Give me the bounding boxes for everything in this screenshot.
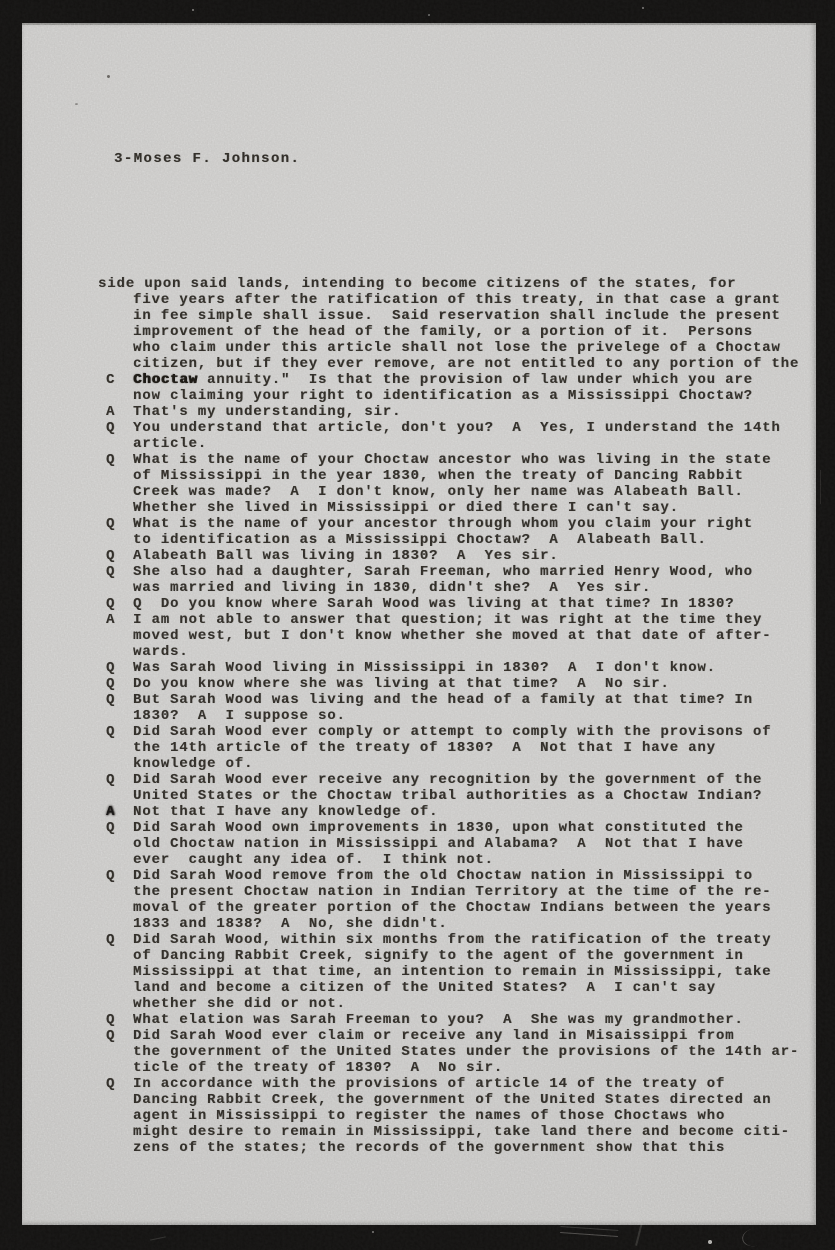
paper-sheet: 3-Moses F. Johnson. side upon said lands… (22, 23, 816, 1225)
line-text: United States or the Choctaw tribal auth… (133, 788, 762, 804)
speaker-marker: Q (106, 692, 115, 708)
speaker-marker: Q (106, 1012, 115, 1028)
line-text: was married and living in 1830, didn't s… (133, 580, 651, 596)
line-text: What is the name of your ancestor throug… (133, 516, 753, 532)
scan-scratch (635, 1222, 643, 1246)
transcript-line: 1833 and 1838? A No, she didn't. (98, 916, 799, 932)
line-text: 1830? A I suppose so. (133, 708, 346, 724)
transcript-line: CChoctaw annuity." Is that the provision… (98, 372, 799, 388)
transcript-line: QAlabeath Ball was living in 1830? A Yes… (98, 548, 799, 564)
line-text: the government of the United States unde… (133, 1044, 799, 1060)
line-text: whether she did or not. (133, 996, 346, 1012)
scan-scratch (740, 1225, 770, 1248)
transcript-line: ANot that I have any knowledge of. (98, 804, 799, 820)
line-text: who claim under this article shall not l… (133, 340, 781, 356)
speaker-marker: Q (106, 660, 115, 676)
overstruck-word: Choctaw (133, 372, 198, 388)
speaker-marker: A (106, 612, 115, 628)
transcript-line: ever caught any idea of. I think not. (98, 852, 799, 868)
line-text: to identification as a Mississippi Choct… (133, 532, 707, 548)
line-text: I am not able to answer that question; i… (133, 612, 762, 628)
line-text: of Mississippi in the year 1830, when th… (133, 468, 744, 484)
speaker-marker: Q (106, 420, 115, 436)
line-text: citizen, but if they ever remove, are no… (133, 356, 799, 372)
line-text: might desire to remain in Mississippi, t… (133, 1124, 790, 1140)
scan-scratch (150, 1236, 166, 1240)
line-text: knowledge of. (133, 756, 253, 772)
line-text: agent in Mississippi to register the nam… (133, 1108, 725, 1124)
speaker-marker: Q (106, 868, 115, 884)
line-text: Did Sarah Wood, within six months from t… (133, 932, 771, 948)
ink-speck (107, 75, 110, 78)
line-text: Choctaw annuity." Is that the provision … (133, 372, 753, 388)
transcript-line: in fee simple shall issue. Said reservat… (98, 308, 799, 324)
line-text: article. (133, 436, 207, 452)
line-text: ever caught any idea of. I think not. (133, 852, 494, 868)
line-text: Creek was made? A I don't know, only her… (133, 484, 744, 500)
speaker-marker: Q (106, 516, 115, 532)
transcript-line: was married and living in 1830, didn't s… (98, 580, 799, 596)
transcript-line: QDo you know where she was living at tha… (98, 676, 799, 692)
transcript-line: whether she did or not. (98, 996, 799, 1012)
transcript-line: Creek was made? A I don't know, only her… (98, 484, 799, 500)
transcript-line: QWhat is the name of your Choctaw ancest… (98, 452, 799, 468)
transcript-line: QWas Sarah Wood living in Mississippi in… (98, 660, 799, 676)
line-text: But Sarah Wood was living and the head o… (133, 692, 753, 708)
line-text: Was Sarah Wood living in Mississippi in … (133, 660, 716, 676)
transcript-line: QDid Sarah Wood, within six months from … (98, 932, 799, 948)
dust-speck (428, 14, 430, 16)
transcript-line: AThat's my understanding, sir. (98, 404, 799, 420)
transcript-line: QWhat is the name of your ancestor throu… (98, 516, 799, 532)
transcript-line: now claiming your right to identificatio… (98, 388, 799, 404)
transcript-line: QShe also had a daughter, Sarah Freeman,… (98, 564, 799, 580)
line-text: moval of the greater portion of the Choc… (133, 900, 771, 916)
speaker-marker: Q (106, 724, 115, 740)
scan-scratch (560, 1232, 618, 1237)
transcript-line: article. (98, 436, 799, 452)
transcript-line: QDid Sarah Wood own improvements in 1830… (98, 820, 799, 836)
transcript-line: improvement of the head of the family, o… (98, 324, 799, 340)
scan-scratch (820, 470, 821, 504)
speaker-marker: Q (106, 564, 115, 580)
speaker-marker: Q (106, 1076, 115, 1092)
speaker-marker: A (106, 404, 115, 420)
line-text: of Dancing Rabbit Creek, signify to the … (133, 948, 744, 964)
transcript-line: Whether she lived in Mississippi or died… (98, 500, 799, 516)
transcript-line: QDid Sarah Wood remove from the old Choc… (98, 868, 799, 884)
line-text: Did Sarah Wood ever claim or receive any… (133, 1028, 734, 1044)
dust-speck (642, 7, 644, 9)
transcript-line: Dancing Rabbit Creek, the government of … (98, 1092, 799, 1108)
speaker-marker: Q (106, 676, 115, 692)
transcript-line: land and become a citizen of the United … (98, 980, 799, 996)
transcript-line: the government of the United States unde… (98, 1044, 799, 1060)
line-text: Did Sarah Wood remove from the old Choct… (133, 868, 753, 884)
transcript-line: wards. (98, 644, 799, 660)
speaker-marker: Q (106, 820, 115, 836)
line-text: What is the name of your Choctaw ancesto… (133, 452, 771, 468)
line-text: Did Sarah Wood ever receive any recognit… (133, 772, 762, 788)
transcript-line: United States or the Choctaw tribal auth… (98, 788, 799, 804)
transcript-line: zens of the states; the records of the g… (98, 1140, 799, 1156)
transcript-line: 1830? A I suppose so. (98, 708, 799, 724)
line-text: side upon said lands, intending to becom… (98, 276, 736, 292)
line-text: Whether she lived in Mississippi or died… (133, 500, 679, 516)
transcript-line: might desire to remain in Mississippi, t… (98, 1124, 799, 1140)
transcript-line: QDid Sarah Wood ever receive any recogni… (98, 772, 799, 788)
line-text: the present Choctaw nation in Indian Ter… (133, 884, 771, 900)
line-text: Did Sarah Wood own improvements in 1830,… (133, 820, 744, 836)
transcript-line: QWhat elation was Sarah Freeman to you? … (98, 1012, 799, 1028)
line-text: improvement of the head of the family, o… (133, 324, 753, 340)
line-text: Alabeath Ball was living in 1830? A Yes … (133, 548, 559, 564)
transcript-line: of Mississippi in the year 1830, when th… (98, 468, 799, 484)
line-text: 1833 and 1838? A No, she didn't. (133, 916, 448, 932)
transcript-line: to identification as a Mississippi Choct… (98, 532, 799, 548)
line-text: You understand that article, don't you? … (133, 420, 781, 436)
speaker-marker: Q (106, 932, 115, 948)
transcript-line: agent in Mississippi to register the nam… (98, 1108, 799, 1124)
transcript-line: of Dancing Rabbit Creek, signify to the … (98, 948, 799, 964)
page-header-caption: 3-Moses F. Johnson. (114, 151, 300, 167)
transcript-line: moved west, but I don't know whether she… (98, 628, 799, 644)
transcript-line: QIn accordance with the provisions of ar… (98, 1076, 799, 1092)
transcript-line: moval of the greater portion of the Choc… (98, 900, 799, 916)
line-text: moved west, but I don't know whether she… (133, 628, 771, 644)
line-text: five years after the ratification of thi… (133, 292, 781, 308)
line-text: land and become a citizen of the United … (133, 980, 716, 996)
transcript-line: old Choctaw nation in Mississippi and Al… (98, 836, 799, 852)
speaker-marker: Q (106, 452, 115, 468)
line-text: She also had a daughter, Sarah Freeman, … (133, 564, 753, 580)
line-text: Dancing Rabbit Creek, the government of … (133, 1092, 771, 1108)
line-text: What elation was Sarah Freeman to you? A… (133, 1012, 744, 1028)
line-text: Do you know where she was living at that… (133, 676, 670, 692)
line-text: Q Do you know where Sarah Wood was livin… (133, 596, 734, 612)
transcript-line: knowledge of. (98, 756, 799, 772)
transcript-line: QBut Sarah Wood was living and the head … (98, 692, 799, 708)
transcript-line: citizen, but if they ever remove, are no… (98, 356, 799, 372)
line-text: old Choctaw nation in Mississippi and Al… (133, 836, 744, 852)
line-text: Not that I have any knowledge of. (133, 804, 438, 820)
transcript-line: the 14th article of the treaty of 1830? … (98, 740, 799, 756)
transcript-line: QDid Sarah Wood ever comply or attempt t… (98, 724, 799, 740)
transcript-line: QDid Sarah Wood ever claim or receive an… (98, 1028, 799, 1044)
transcript-line: QYou understand that article, don't you?… (98, 420, 799, 436)
transcript: side upon said lands, intending to becom… (98, 276, 799, 1156)
scanned-document-page: 3-Moses F. Johnson. side upon said lands… (0, 0, 835, 1250)
dust-speck (372, 1231, 374, 1233)
speaker-marker: A (106, 804, 115, 820)
line-text: In accordance with the provisions of art… (133, 1076, 725, 1092)
line-text: ticle of the treaty of 1830? A No sir. (133, 1060, 503, 1076)
transcript-line: ticle of the treaty of 1830? A No sir. (98, 1060, 799, 1076)
transcript-line: QQ Do you know where Sarah Wood was livi… (98, 596, 799, 612)
line-text: wards. (133, 644, 189, 660)
transcript-line: AI am not able to answer that question; … (98, 612, 799, 628)
line-text: That's my understanding, sir. (133, 404, 401, 420)
speaker-marker: Q (106, 1028, 115, 1044)
line-text: in fee simple shall issue. Said reservat… (133, 308, 781, 324)
speaker-marker: C (106, 372, 115, 388)
transcript-line: the present Choctaw nation in Indian Ter… (98, 884, 799, 900)
transcript-line: who claim under this article shall not l… (98, 340, 799, 356)
line-text: Mississippi at that time, an intention t… (133, 964, 771, 980)
line-text: zens of the states; the records of the g… (133, 1140, 725, 1156)
speaker-marker: Q (106, 596, 115, 612)
dust-speck (708, 1240, 712, 1244)
line-text: now claiming your right to identificatio… (133, 388, 753, 404)
speaker-marker: Q (106, 548, 115, 564)
line-text: the 14th article of the treaty of 1830? … (133, 740, 716, 756)
transcript-line: five years after the ratification of thi… (98, 292, 799, 308)
speaker-marker: Q (106, 772, 115, 788)
transcript-line: Mississippi at that time, an intention t… (98, 964, 799, 980)
transcript-line: side upon said lands, intending to becom… (98, 276, 799, 292)
dust-speck (192, 9, 194, 11)
ink-speck (75, 103, 78, 105)
line-text: Did Sarah Wood ever comply or attempt to… (133, 724, 771, 740)
